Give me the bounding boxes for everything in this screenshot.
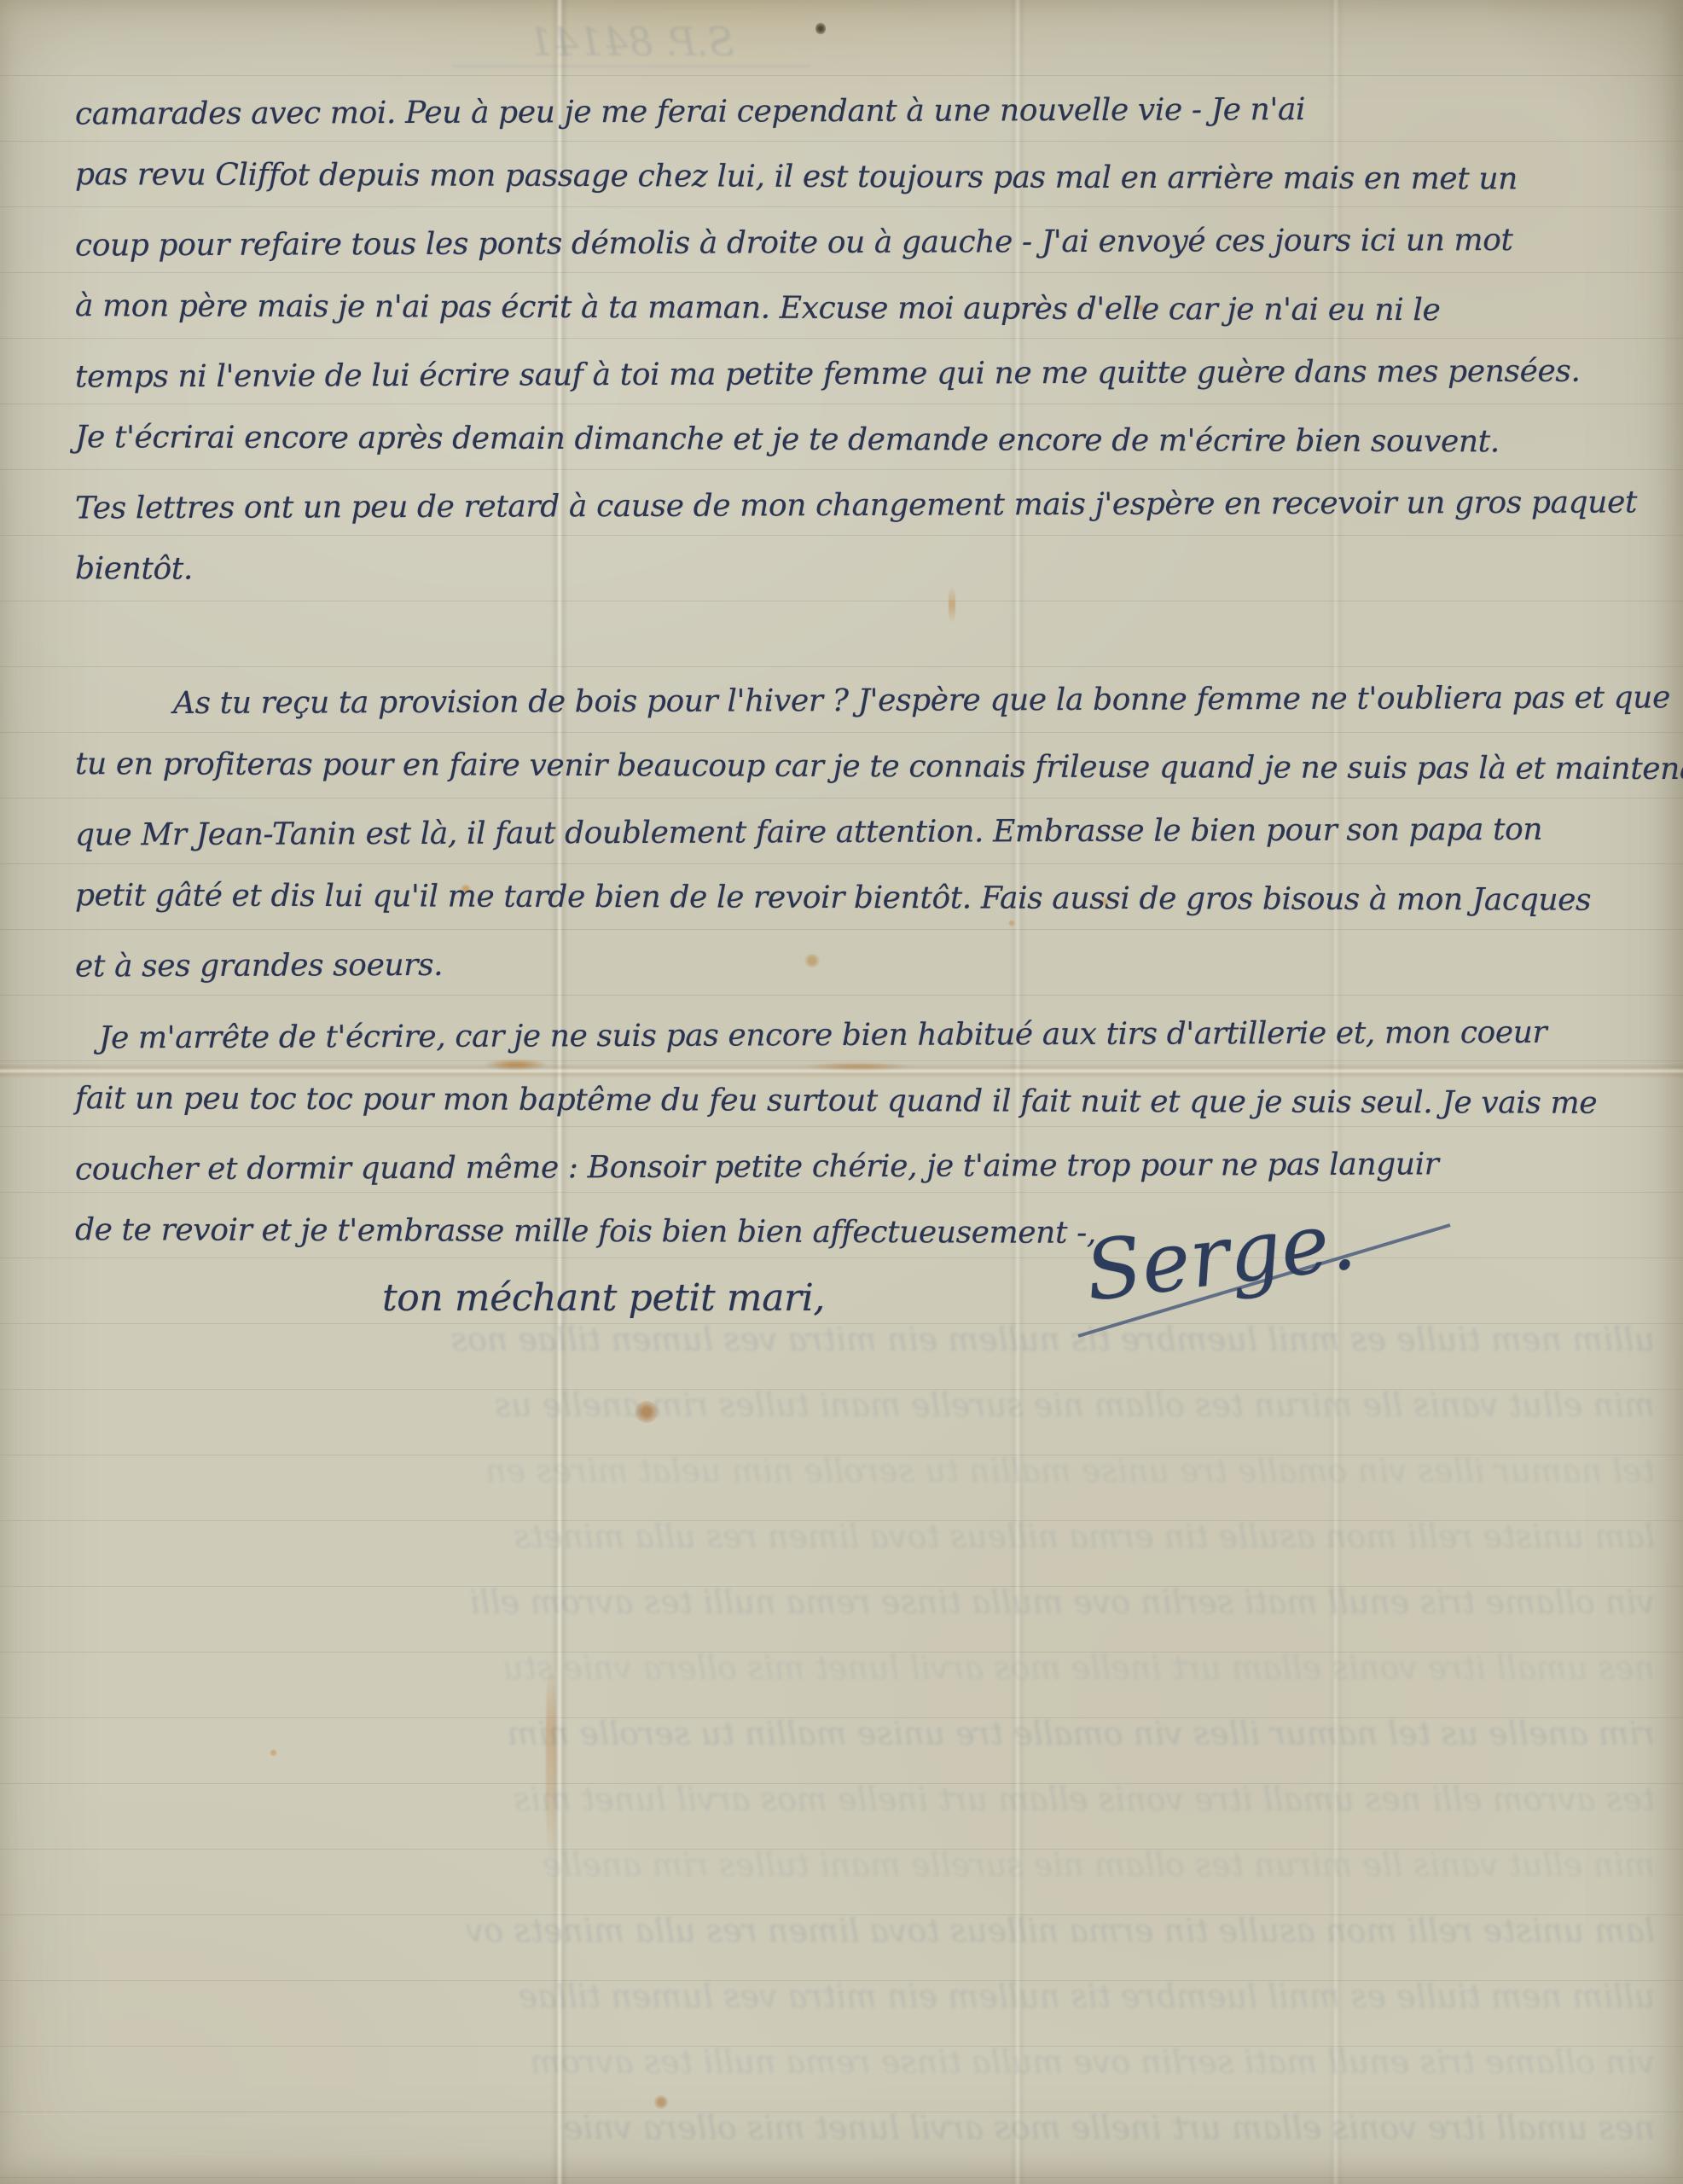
bleedthrough-ghost-line: vin ollame tris enull mati serlin ove mu… — [136, 2030, 1655, 2095]
handwritten-line: petit gâté et dis lui qu'il me tarde bie… — [75, 863, 1628, 933]
ink-spot — [815, 22, 826, 35]
bleedthrough-ghost-text: ullim nem tiulle es mnil luembre tis nul… — [34, 1307, 1655, 2161]
letter-paragraph: camarades avec moi. Peu à peu je me fera… — [75, 78, 1628, 604]
handwritten-line: Je t'écrirai encore après demain dimanch… — [75, 404, 1628, 475]
handwritten-line: bientôt. — [75, 536, 1628, 607]
handwritten-line: à mon père mais je n'ai pas écrit à ta m… — [75, 273, 1628, 344]
letter-paragraphs: camarades avec moi. Peu à peu je me fera… — [75, 78, 1628, 1265]
bleedthrough-ghost-line: ullim nem tiulle es mnil luembre tis nul… — [34, 1964, 1655, 2030]
bleedthrough-ghost-line: rim anelle us tel namur illes vin omalle… — [43, 1701, 1655, 1767]
handwritten-line: tu en profiteras pour en faire venir bea… — [75, 731, 1628, 802]
letter-body: camarades avec moi. Peu à peu je me fera… — [75, 78, 1628, 1331]
handwritten-line: fait un peu toc toc pour mon baptême du … — [75, 1066, 1628, 1136]
bleedthrough-header-ghost: S.P. 84141 — [452, 19, 810, 67]
handwritten-line: pas revu Cliffot depuis mon passage chez… — [75, 142, 1628, 212]
handwritten-line: que Mr Jean-Tanin est là, il faut double… — [75, 797, 1628, 868]
bleedthrough-ghost-line: nes umall itre vonis ellam urt inelle mo… — [43, 2095, 1655, 2161]
handwritten-line: Je m'arrête de t'écrire, car je ne suis … — [75, 1000, 1628, 1072]
bleedthrough-ghost-line: lam uniste relli mon asulle tin erma nil… — [43, 1898, 1655, 1964]
handwritten-line: As tu reçu ta provision de bois pour l'h… — [75, 665, 1628, 737]
bleedthrough-ghost-line: min ellut vanis lle mirun tes ollam nie … — [85, 1833, 1655, 1898]
bleedthrough-ghost-line: nes umall itre vonis ellam urt inelle mo… — [85, 1635, 1655, 1701]
letter-page: S.P. 84141 ullim nem tiulle es mnil luem… — [0, 0, 1683, 2184]
bleedthrough-ghost-line: lam uniste relli mon asulle tin erma nil… — [136, 1504, 1655, 1570]
bleedthrough-ghost-line: vin ollame tris enull mati serlin ove mu… — [34, 1570, 1655, 1635]
handwritten-line: coucher et dormir quand même : Bonsoir p… — [75, 1131, 1628, 1203]
bleedthrough-ghost-line: min ellut vanis lle mirun tes ollam nie … — [34, 1373, 1655, 1438]
handwritten-line: temps ni l'envie de lui écrire sauf à to… — [75, 339, 1628, 410]
handwritten-line: Tes lettres ont un peu de retard à cause… — [75, 470, 1628, 542]
handwritten-line: coup pour refaire tous les ponts démolis… — [75, 207, 1628, 279]
handwritten-line: et à ses grandes soeurs. — [75, 928, 1628, 1000]
handwritten-line: camarades avec moi. Peu à peu je me fera… — [75, 76, 1628, 148]
bleedthrough-ghost-line: tel namur illes vin omalle tre unise mal… — [85, 1438, 1655, 1504]
bleedthrough-ghost-line: tes avrom elli nes umall itre vonis ella… — [136, 1767, 1655, 1833]
letter-paragraph: As tu reçu ta provision de bois pour l'h… — [75, 668, 1628, 996]
signature-block: Serge. — [1077, 1201, 1469, 1363]
